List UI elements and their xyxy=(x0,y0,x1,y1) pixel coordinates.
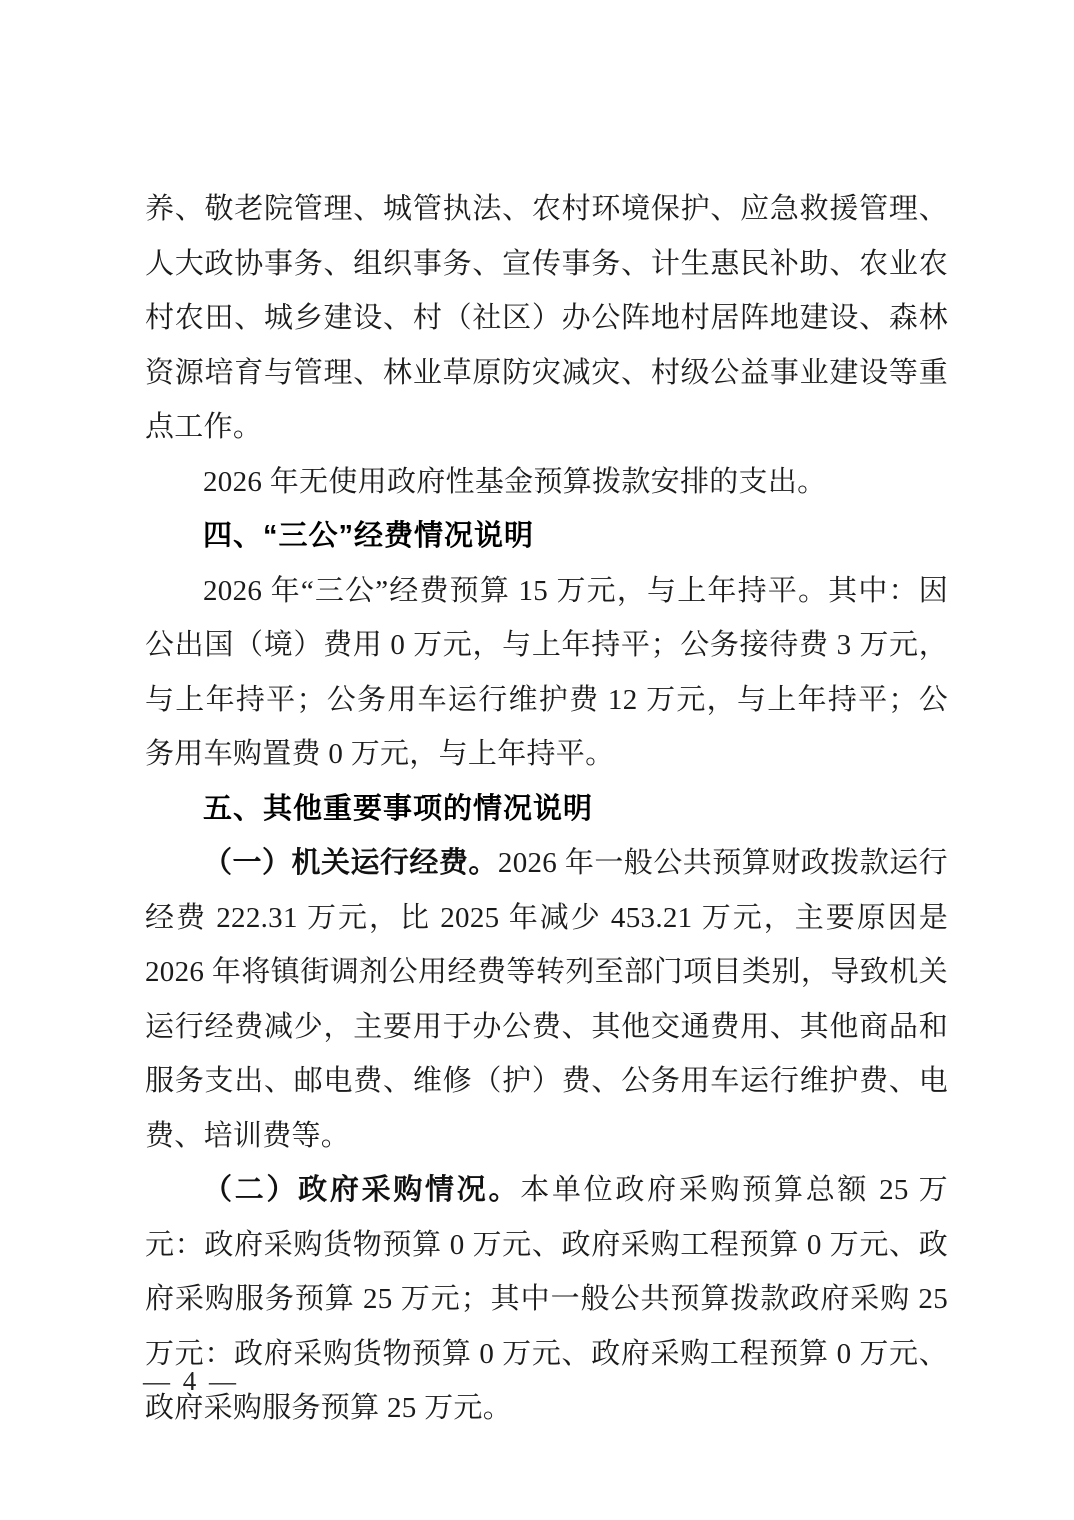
paragraph-continued-key-tasks: 养、敬老院管理、城管执法、农村环境保护、应急救援管理、人大政协事务、组织事务、宣… xyxy=(145,182,948,455)
paragraph-operating-expenses-lead: （一）机关运行经费。 xyxy=(203,847,498,879)
document-body: 养、敬老院管理、城管执法、农村环境保护、应急救援管理、人大政协事务、组织事务、宣… xyxy=(145,182,948,1436)
paragraph-three-public-funds-detail: 2026 年“三公”经费预算 15 万元，与上年持平。其中：因公出国（境）费用 … xyxy=(145,564,948,782)
paragraph-government-procurement: （二）政府采购情况。本单位政府采购预算总额 25 万元：政府采购货物预算 0 万… xyxy=(145,1163,948,1436)
paragraph-gov-fund-statement: 2026 年无使用政府性基金预算拨款安排的支出。 xyxy=(145,455,948,510)
heading-section-five-other-important-items: 五、其他重要事项的情况说明 xyxy=(145,782,948,837)
page-number: — 4 — xyxy=(143,1364,239,1398)
paragraph-government-procurement-lead: （二）政府采购情况。 xyxy=(203,1174,520,1206)
paragraph-government-procurement-body: 本单位政府采购预算总额 25 万元：政府采购货物预算 0 万元、政府采购工程预算… xyxy=(145,1174,948,1424)
paragraph-operating-expenses-body: 2026 年一般公共预算财政拨款运行经费 222.31 万元，比 2025 年减… xyxy=(145,847,948,1152)
paragraph-operating-expenses: （一）机关运行经费。2026 年一般公共预算财政拨款运行经费 222.31 万元… xyxy=(145,836,948,1163)
document-page: 养、敬老院管理、城管执法、农村环境保护、应急救援管理、人大政协事务、组织事务、宣… xyxy=(0,0,1074,1520)
heading-section-four-three-public-funds: 四、“三公”经费情况说明 xyxy=(145,509,948,564)
